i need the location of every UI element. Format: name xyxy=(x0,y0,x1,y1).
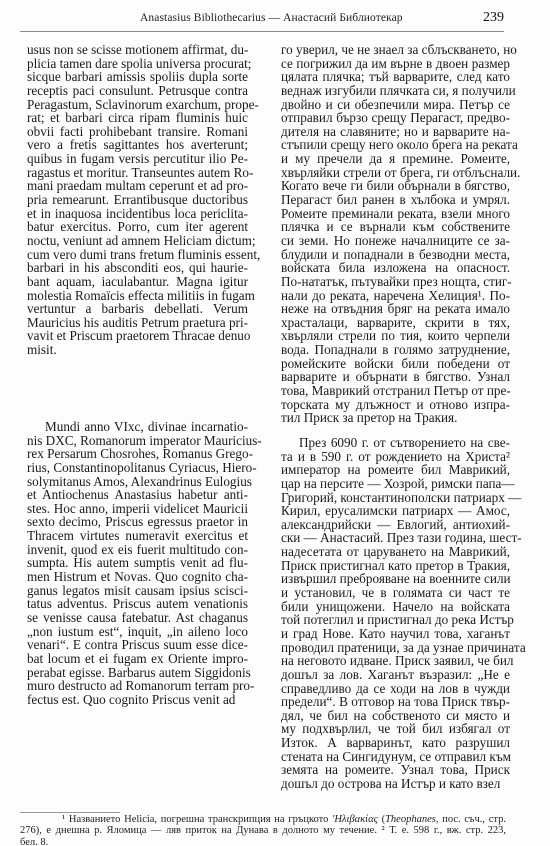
greek-term: 'Ηλιβακίας xyxy=(332,814,378,825)
text-line: и установил, че в голямата си част те xyxy=(281,586,510,600)
text-line: той потеглил и пристигнал до река Истър xyxy=(281,613,510,627)
text-line: блудили и попаднали в безводни места, xyxy=(281,248,510,262)
text-line: Peragastum, Sclavinorum exarchum, prope- xyxy=(27,98,248,112)
text-line: ски — Анастасий. През тази година, шест- xyxy=(281,531,510,545)
text-line: usus non se scisse motionem affirmat, du… xyxy=(27,43,248,57)
text-line: plicia tamen dare spolia universa procur… xyxy=(27,57,248,71)
text-line: и град Нове. Като научил това, хаганът xyxy=(281,627,510,641)
text-line: „non iustum est“, inquit, „in aileno loc… xyxy=(27,625,248,639)
text-line: му подхвърлил, че той бил избягал от xyxy=(281,722,510,736)
text-line: Кирил, ерусалимски патриарх — Амос, xyxy=(281,504,510,518)
text-line: misit. xyxy=(27,343,248,357)
bulgarian-paragraph-2: През 6090 г. от сътворението на све-та и… xyxy=(281,436,510,791)
text-line: et Antiochenus Anastasius habetur anti- xyxy=(27,488,248,502)
text-line: vero a fretis sagittantes hos averterunt… xyxy=(27,138,248,152)
text-line: vertuntur a barbaris debellati. Verum xyxy=(27,302,248,316)
text-line: vavit et Priscum praetorem Thracae denuo xyxy=(27,329,248,343)
text-line: barbari in his absconditi eos, qui hauri… xyxy=(27,261,248,275)
text-line: отправил бързо срещу Перагаст, предво- xyxy=(281,111,510,125)
text-line: men Histrum et Novas. Quo cognito cha- xyxy=(27,570,248,584)
text-line: bat locum et ei fugam ex Oriente impro- xyxy=(27,652,248,666)
text-line: земята на ромеите. Узнал това, Приск xyxy=(281,763,510,777)
text-line: предели“. В отговор на това Приск твър- xyxy=(281,695,510,709)
text-line: неже на отвъдния бряг на реката имало xyxy=(281,302,510,316)
text-line: se venisse causa fatebatur. Ast chaganus xyxy=(27,611,248,625)
text-line: надесетата от царуването на Маврикий, xyxy=(281,545,510,559)
text-line: noctu, veniunt ad amnem Heliciam dictum; xyxy=(27,234,248,248)
text-line: дителя на славяните; но и варварите на- xyxy=(281,125,510,139)
footnote-rule xyxy=(20,812,120,813)
text-line: Mundi anno VIxc, divinae incarnatio- xyxy=(27,420,248,434)
footnote-line-1: ¹ Названието Helicia, погрешна транскрип… xyxy=(20,814,506,825)
text-line: fectus est. Quo cognito Priscus venit ad xyxy=(27,693,248,707)
footnote-text: , пос. съч., стр. xyxy=(436,814,506,825)
text-line: хвърляли стрели по тия, които черпели xyxy=(281,329,510,343)
text-line: rat; et barbari circa ripam fluminis hui… xyxy=(27,111,248,125)
text-line: това, Маврикий отстранил Петър от пре- xyxy=(281,384,510,398)
text-line: receptis paci consulunt. Petrusque contr… xyxy=(27,84,248,98)
text-line: et in inaquosa incidentibus loca pericli… xyxy=(27,207,248,221)
text-line: хвърляйки стрели от брега, ги отблъснали… xyxy=(281,166,510,180)
text-line: нали до реката, наречена Хелиция¹. По- xyxy=(281,289,510,303)
header-rule xyxy=(20,31,504,32)
text-line: цар на персите — Хозрой, римски папа— xyxy=(281,477,510,491)
text-line: tatus adventus. Priscus autem venationis xyxy=(27,597,248,611)
text-line: rius, Constantinopolitanus Cyriacus, Hie… xyxy=(27,461,248,475)
text-line: проводил пратеници, за да узнае причинат… xyxy=(281,641,510,655)
text-line: sexto decimo, Priscus egressus praetor i… xyxy=(27,515,248,529)
text-line: cum vero dumi trans fretum fluminis esse… xyxy=(27,248,248,262)
text-line: веднаж изгубили плячката си, я получили xyxy=(281,84,510,98)
text-line: стъпили срещу него около брега на реката xyxy=(281,138,510,152)
text-line: дял, че бил на собственото си място и xyxy=(281,709,510,723)
text-line: император на ромеите бил Маврикий, xyxy=(281,463,510,477)
text-line: stes. Hoc anno, imperii videlicet Mauric… xyxy=(27,502,248,516)
footnote-line-2: 276), е днешна р. Яломица — ляв приток н… xyxy=(20,825,506,836)
text-line: Mauricius his auditis Petrum praetura pr… xyxy=(27,316,248,330)
running-title: Anastasius Bibliothecarius — Анастасий Б… xyxy=(140,12,403,24)
text-line: на неговото идване. Приск заявил, че бил xyxy=(281,654,510,668)
text-line: perabat egisse. Barbarus autem Siggidoni… xyxy=(27,666,248,680)
text-line: sicque barbari amissis spoliis dupla sor… xyxy=(27,70,248,84)
text-line: справедливо да се ходи на лов в чужди xyxy=(281,682,510,696)
text-line: ragastus et moritur. Transeuntes autem R… xyxy=(27,166,248,180)
text-line: Когато вече ги били обърнали в бягство, xyxy=(281,179,510,193)
running-header: Anastasius Bibliothecarius — Анастасий Б… xyxy=(20,6,504,30)
text-line: цялата плячка; тъй варварите, след като xyxy=(281,70,510,84)
text-line: александрийски — Евлогий, антиохий- xyxy=(281,518,510,532)
text-line: торската му длъжност и отново изпра- xyxy=(281,398,510,412)
footnotes: ¹ Названието Helicia, погрешна транскрип… xyxy=(20,814,506,846)
footnote-text: ¹ Названието Helicia, погрешна транскрип… xyxy=(62,814,332,825)
source-title: Theophanes xyxy=(385,814,436,825)
bulgarian-paragraph-1: го уверил, че не знаел за сблъскването, … xyxy=(281,43,510,425)
footnote-line-3: бел. 8. xyxy=(20,837,506,846)
text-line: bant aquam, iaculabantur. Magna igitur xyxy=(27,275,248,289)
text-line: вода. Попаднали в голямо затруднение, xyxy=(281,343,510,357)
text-line: mani praedam multam ceperunt et ad pro- xyxy=(27,179,248,193)
page-number: 239 xyxy=(483,10,504,26)
text-line: pria remearunt. Errantibusque ductoribus xyxy=(27,193,248,207)
text-line: Приск пристигнал като претор в Тракия, xyxy=(281,559,510,573)
text-line: През 6090 г. от сътворението на све- xyxy=(281,436,510,450)
text-line: quibus in fugam versis percutitur ilio P… xyxy=(27,152,248,166)
text-line: Григорий, константинополски патриарх — xyxy=(281,491,510,505)
text-line: извършил преброяване на военните сили xyxy=(281,572,510,586)
text-line: били унищожени. Начело на войската xyxy=(281,600,510,614)
text-line: храсталаци, варварите, скрити в тях, xyxy=(281,316,510,330)
text-line: двойно и си обезпечили мира. Петър се xyxy=(281,98,510,112)
text-line: Ромеите преминали реката, взели много xyxy=(281,207,510,221)
text-line: Thracem virtutes numeravit exercitus et xyxy=(27,529,248,543)
text-line: плячка и се върнали към собствените xyxy=(281,220,510,234)
text-line: та и в 590 г. от рождението на Христа² xyxy=(281,450,510,464)
text-line: Перагаст бил ранен в хълбока и умрял. xyxy=(281,193,510,207)
text-line: тил Приск за претор на Тракия. xyxy=(281,411,510,425)
text-line: войската била изложена на опасност. xyxy=(281,261,510,275)
text-line: ромейските войски били победени от xyxy=(281,357,510,371)
latin-paragraph-1: usus non se scisse motionem affirmat, du… xyxy=(27,43,248,357)
text-line: venari“. E contra Priscus suum esse dice… xyxy=(27,638,248,652)
text-line: obvii facti prohibebant transire. Romani xyxy=(27,125,248,139)
text-line: batur exercitus. Porro, cum iter agerent xyxy=(27,220,248,234)
text-line: muro destructo ad Romanorum terram pro- xyxy=(27,679,248,693)
text-line: се погрижил да им върне в двоен размер xyxy=(281,57,510,71)
text-line: дошъл до острова на Истър и като взел xyxy=(281,777,510,791)
text-line: дошъл за лов. Хаганът възразил: „Не е xyxy=(281,668,510,682)
text-line: и му пречели да я премине. Ромеите, xyxy=(281,152,510,166)
text-line: го уверил, че не знаел за сблъскването, … xyxy=(281,43,510,57)
text-line: sumpta. His autem sumptis venit ad flu- xyxy=(27,556,248,570)
text-line: стената на Сингидунум, се отправил към xyxy=(281,750,510,764)
text-line: solymitanus Amos, Alexandrinus Eulogius xyxy=(27,475,248,489)
latin-paragraph-2: Mundi anno VIxc, divinae incarnatio-nis … xyxy=(27,420,248,706)
text-line: ganus legatos misit causam ipsius scisci… xyxy=(27,584,248,598)
text-line: rex Persarum Chosrohes, Romanus Grego- xyxy=(27,447,248,461)
footnote-text: ( xyxy=(378,814,385,825)
text-line: invenit, quod ex eis fuerit multitudo co… xyxy=(27,543,248,557)
text-line: molestia Romaïcis effecta militiis in fu… xyxy=(27,289,248,303)
text-line: nis DXC, Romanorum imperator Mauricius- xyxy=(27,434,248,448)
text-line: си земи. Но понеже началниците се за- xyxy=(281,234,510,248)
text-line: По-нататък, пътувайки през нощта, стиг- xyxy=(281,275,510,289)
text-line: Изток. А варваринът, като разрушил xyxy=(281,736,510,750)
text-line: варварите и обърнати в бягство. Узнал xyxy=(281,370,510,384)
